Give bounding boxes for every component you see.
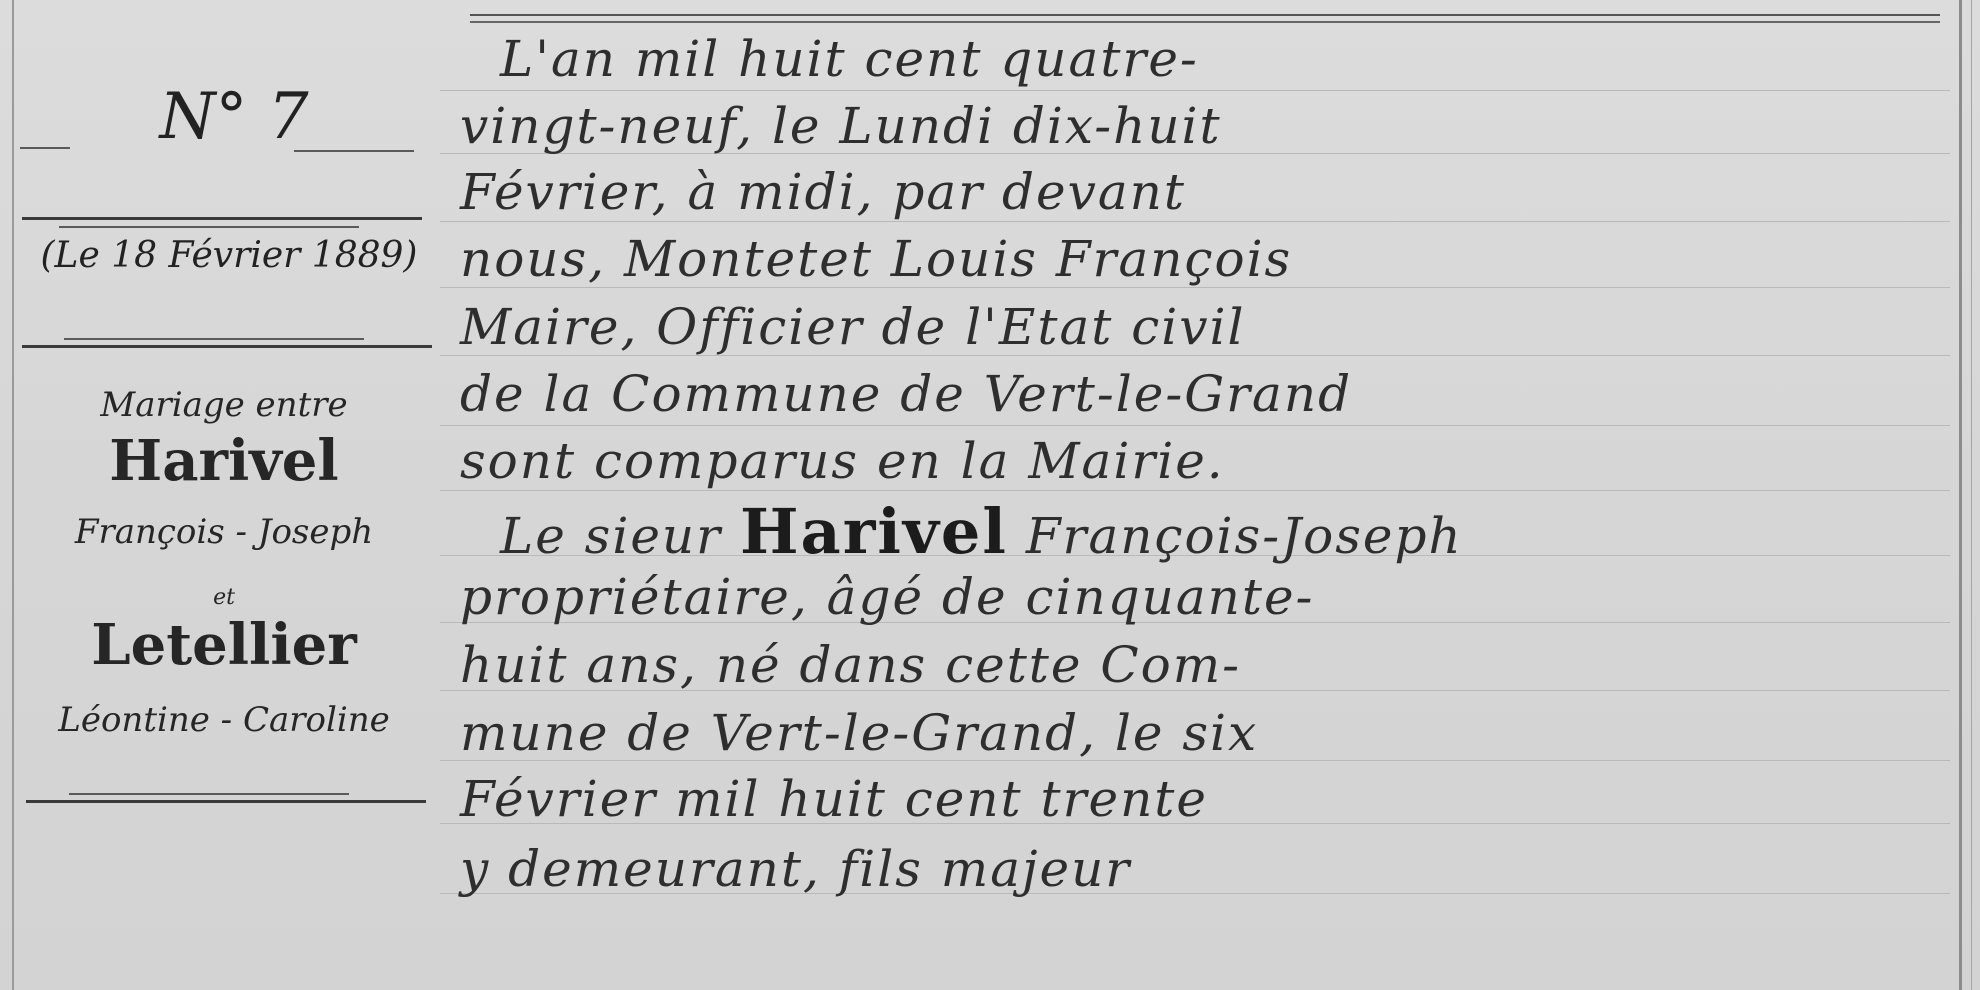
ruled-line — [440, 90, 1950, 91]
date-rule-bottom-2 — [64, 338, 364, 340]
register-page: N° 7 (Le 18 Février 1889) Mariage entre … — [0, 0, 1980, 990]
margin-column: N° 7 (Le 18 Février 1889) Mariage entre … — [14, 0, 434, 990]
bride-given-names: Léontine - Caroline — [14, 700, 434, 740]
marriage-title: Mariage entre — [14, 385, 434, 425]
entry-rule-end-2 — [69, 793, 349, 795]
groom-given-body: François-Joseph — [1026, 507, 1463, 565]
body-line-4: nous, Montetet Louis François — [460, 230, 1930, 288]
body-line-6: de la Commune de Vert-le-Grand — [460, 365, 1930, 423]
page-edge-right-inner — [1971, 0, 1972, 990]
entry-rule-end — [26, 800, 426, 803]
body-line-12: Février mil huit cent trente — [460, 770, 1930, 828]
entry-body: L'an mil huit cent quatre- vingt-neuf, l… — [440, 0, 1950, 990]
header-rule — [470, 14, 1940, 16]
number-rule-left — [20, 147, 70, 149]
entry-number: N° 7 — [84, 80, 384, 154]
groom-given-names: François - Joseph — [14, 512, 434, 552]
body-line-3: Février, à midi, par devant — [460, 163, 1930, 221]
header-rule-2 — [470, 21, 1940, 23]
body-line-9: propriétaire, âgé de cinquante- — [460, 568, 1930, 626]
date-rule-bottom — [22, 345, 432, 348]
groom-name-body: Harivel — [740, 495, 1008, 568]
body-line-1: L'an mil huit cent quatre- — [500, 30, 1970, 88]
date-rule-top-2 — [59, 226, 359, 228]
body-line-2: vingt-neuf, le Lundi dix-huit — [460, 97, 1930, 155]
body-line-13: y demeurant, fils majeur — [460, 840, 1930, 898]
ruled-line — [440, 221, 1950, 222]
body-line-5: Maire, Officier de l'Etat civil — [460, 298, 1930, 356]
body-line-7: sont comparus en la Mairie. — [460, 432, 1930, 490]
ruled-line — [440, 425, 1950, 426]
bride-surname: Letellier — [14, 612, 434, 678]
body-line-11: mune de Vert-le-Grand, le six — [460, 704, 1930, 762]
conjunction: et — [14, 585, 434, 610]
entry-date: (Le 18 Février 1889) — [14, 235, 444, 276]
date-rule-top — [22, 217, 422, 220]
groom-surname: Harivel — [14, 428, 434, 494]
body-line-8: Le sieur Harivel François-Joseph — [500, 495, 1970, 568]
sieur-prefix: Le sieur — [500, 507, 722, 565]
body-line-10: huit ans, né dans cette Com- — [460, 636, 1930, 694]
ruled-line — [440, 490, 1950, 491]
